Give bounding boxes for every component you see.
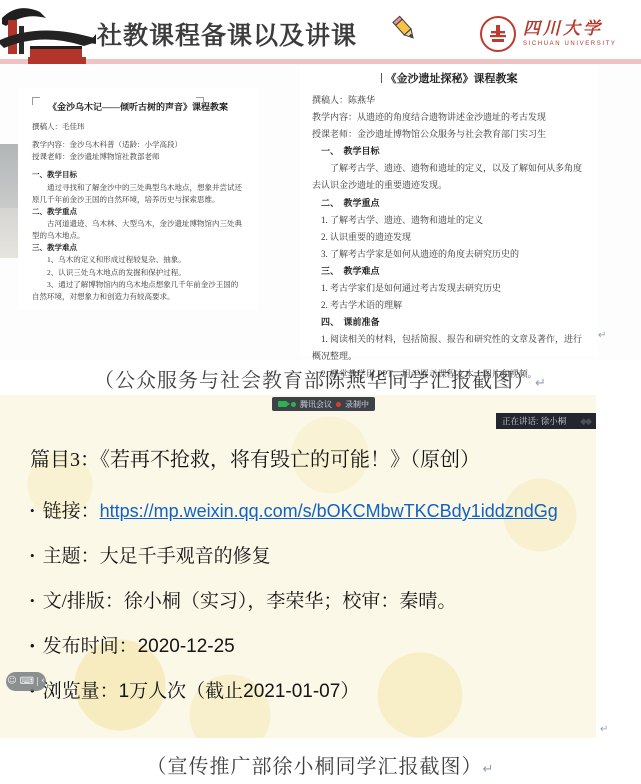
report-bullet: • 主题：大足千手观音的修复 [30, 541, 570, 568]
meeting-screenshot: 腾讯会议 录制中 正在讲话: 徐小桐 ◆◆ 篇目3：《若再不抢救，将有毁亡的可能… [0, 395, 596, 738]
meeting-app-name: 腾讯会议 [300, 399, 332, 410]
report-content: 篇目3：《若再不抢救，将有毁亡的可能！》（原创） • 链接： https://m… [30, 443, 570, 721]
caption-top: （公众服务与社会教育部陈燕华同学汇报截图）↵ [0, 364, 641, 393]
lesson-plan-right-page: 《金沙遗址探秘》课程教案 撰稿人：陈燕华 教学内容：从遗迹的角度结合遗物讲述金沙… [300, 64, 598, 356]
meeting-mini-toolbar[interactable]: ☺ ⌨ ‹ [6, 672, 46, 691]
text-boundary-mark [196, 97, 204, 105]
caption-bottom: （宣传推广部徐小桐同学汇报截图）↵ [0, 750, 641, 779]
doc-line: 2. 考古学术语的理解 [312, 297, 586, 314]
bullet-icon: • [30, 593, 35, 609]
bullet-icon: • [30, 503, 35, 519]
camera-icon [278, 401, 287, 407]
doc-line: 三、 教学难点 [312, 263, 586, 280]
doc-line: 3、通过了解博物馆内的乌木地点想象几千年前金沙王国的自然环境，对想象力和创造力有… [32, 279, 244, 303]
doc-line: 三、教学难点 [32, 242, 244, 254]
doc-line: 二、 教学重点 [312, 195, 586, 212]
recording-dot-icon [336, 402, 341, 407]
doc-line: 授课老师：金沙遗址博物馆社教部老师 [32, 151, 244, 163]
doc-line: 撰稿人：毛佳玮 [32, 121, 244, 133]
logo-chinese-name: 四川大学 [523, 20, 616, 39]
header: 社教课程备课以及讲课 四川大学 SICHUAN UNIVERSITY [0, 0, 641, 60]
doc-line: 1. 阅读相关的材料，包括简报、报告和研究性的文章及著作，进行概况整理。 [312, 331, 586, 365]
doc-line: 通过寻找和了解金沙中的三处典型乌木地点，想象并尝试还原几千年前金沙王国的自然环境… [32, 182, 244, 206]
toolbar-divider [37, 677, 38, 686]
doc-line: 古河道遗迹、乌木林、大型乌木，金沙遗址博物馆内三处典型的乌木地点。 [32, 218, 244, 242]
paragraph-mark: ↵ [598, 330, 606, 341]
report-bullet: • 文/排版：徐小桐（实习），李荣华；校审：秦晴。 [30, 586, 570, 613]
university-seal-icon [480, 16, 516, 52]
logo-english-name: SICHUAN UNIVERSITY [523, 41, 616, 48]
tencent-meeting-statusbar: 腾讯会议 录制中 [272, 397, 375, 411]
recording-label: 录制中 [345, 399, 369, 410]
doc-line: 2. 认识重要的遗迹发现 [312, 229, 586, 246]
emoji-icon[interactable]: ☺ [7, 677, 16, 686]
text-boundary-mark [32, 97, 40, 105]
doc-line: 四、 课前准备 [312, 314, 586, 331]
bullet-icon: • [30, 548, 35, 564]
lesson-plan-right-title: 《金沙遗址探秘》课程教案 [312, 70, 586, 86]
doc-line: 2、认识三处乌木地点的发掘和保护过程。 [32, 267, 244, 279]
bullet-icon: • [30, 638, 35, 653]
paragraph-mark: ↵ [535, 376, 547, 391]
doc-line: 了解考古学、遗迹、遗物和遗址的定义，以及了解如何从多角度去认识金沙遗址的重要遗迹… [312, 160, 586, 194]
keyboard-icon[interactable]: ⌨ [20, 676, 34, 687]
doc-line: 一、 教学目标 [312, 143, 586, 160]
doc-line: 教学内容：金沙乌木科普（适龄：小学高段） [32, 139, 244, 151]
doc-line: 二、教学重点 [32, 206, 244, 218]
cursor-bar [381, 73, 382, 83]
doc-line: 撰稿人：陈燕华 [312, 92, 586, 109]
doc-line: 3. 了解考古学家是如何从遗迹的角度去研究历史的 [312, 246, 586, 263]
article-link[interactable]: https://mp.weixin.qq.com/s/bOKCMbwTKCBdy… [100, 501, 558, 522]
paragraph-mark: ↵ [483, 762, 495, 777]
doc-line: 1、乌木的定义和形成过程较复杂、抽象。 [32, 254, 244, 266]
doc-line: 教学内容：从遗迹的角度结合遗物讲述金沙遗址的考古发现 [312, 109, 586, 126]
sichuan-university-logo: 四川大学 SICHUAN UNIVERSITY [480, 16, 616, 52]
report-link-line: • 链接： https://mp.weixin.qq.com/s/bOKCMbw… [30, 496, 570, 523]
online-dot-icon [291, 402, 296, 407]
paragraph-mark: ↵ [600, 724, 608, 735]
report-screenshot-lesson-plans: 《金沙乌木记——倾听古树的声音》课程教案 撰稿人：毛佳玮 教学内容：金沙乌木科普… [0, 64, 641, 360]
chevron-left-icon[interactable]: ‹ [41, 677, 45, 686]
doc-line: 1. 了解考古学、遗迹、遗物和遗址的定义 [312, 212, 586, 229]
doc-line: 授课老师：金沙遗址博物馆公众服务与社会教育部门实习生 [312, 126, 586, 143]
pencil-icon [390, 14, 420, 44]
lesson-plan-left-title: 《金沙乌木记——倾听古树的声音》课程教案 [32, 100, 244, 113]
temple-roof-icon [0, 2, 96, 60]
link-label: 链接： [43, 496, 100, 523]
speaking-indicator: 正在讲话: 徐小桐 ◆◆ [496, 413, 596, 429]
report-bullet: • 发布时间：2020-12-25 [30, 631, 570, 658]
lesson-plan-left-page: 《金沙乌木记——倾听古树的声音》课程教案 撰稿人：毛佳玮 教学内容：金沙乌木科普… [18, 88, 258, 310]
page-title: 社教课程备课以及讲课 [97, 16, 357, 52]
doc-line: 1. 考古学家们是如何通过考古发现去研究历史 [312, 280, 586, 297]
meeting-logo-icon: ◆◆ [580, 416, 590, 427]
report-bullet: • 浏览量：1万人次（截止2021-01-07） [30, 676, 570, 703]
document-page: 社教课程备课以及讲课 四川大学 SICHUAN UNIVERSITY [0, 0, 641, 784]
report-heading: 篇目3：《若再不抢救，将有毁亡的可能！》（原创） [30, 443, 570, 472]
speaking-label: 正在讲话: 徐小桐 [502, 415, 566, 427]
doc-line: 一、教学目标 [32, 169, 244, 181]
